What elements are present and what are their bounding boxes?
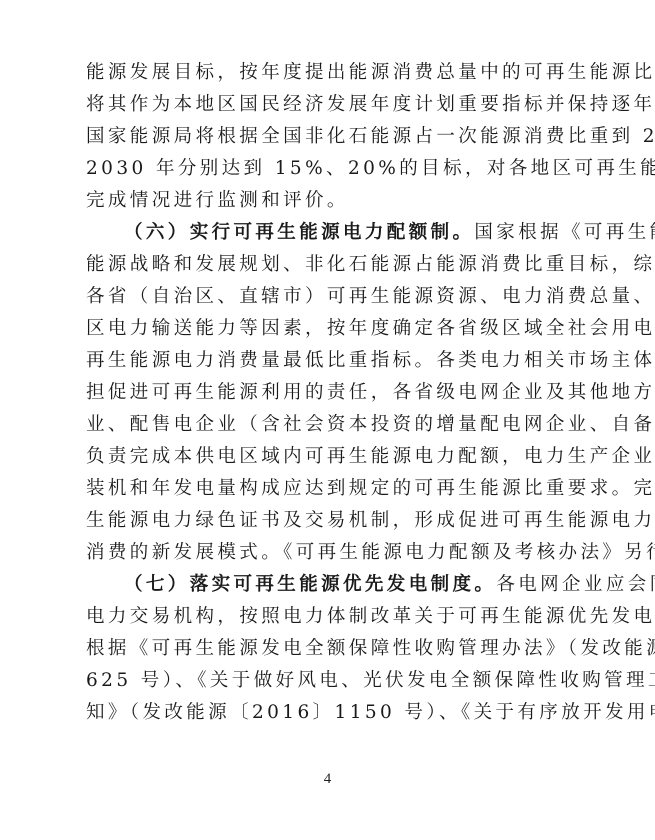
- section-6-first-line-text: 国家根据《可再生能源法》、: [474, 222, 655, 243]
- section-7-heading: （七）落实可再生能源优先发电制度。: [124, 574, 496, 595]
- paragraph-line: 业、配售电企业（含社会资本投资的增量配电网企业、自备电厂）: [86, 409, 576, 441]
- paragraph-line: 625 号）、《关于做好风电、光伏发电全额保障性收购管理工作的通: [86, 665, 576, 697]
- paragraph-line: 根据《可再生能源发电全额保障性收购管理办法》（发改能源〔2016〕: [86, 633, 576, 665]
- section-6-heading: （六）实行可再生能源电力配额制。: [124, 222, 474, 243]
- paragraph-line: 负责完成本供电区域内可再生能源电力配额，电力生产企业的发电: [86, 441, 576, 473]
- paragraph-line: 装机和年发电量构成应达到规定的可再生能源比重要求。完善可再: [86, 473, 576, 505]
- paragraph-line: 区电力输送能力等因素，按年度确定各省级区域全社会用电量中可: [86, 313, 576, 345]
- document-page: 能源发展目标，按年度提出能源消费总量中的可再生能源比重指标， 将其作为本地区国民…: [86, 57, 576, 729]
- paragraph-line: 各省（自治区、直辖市）可再生能源资源、电力消费总量、跨省跨: [86, 281, 576, 313]
- section-6-first-line: （六）实行可再生能源电力配额制。国家根据《可再生能源法》、: [86, 217, 576, 249]
- paragraph-line: 再生能源电力消费量最低比重指标。各类电力相关市场主体共同承: [86, 345, 576, 377]
- paragraph-line: 知》（发改能源〔2016〕1150 号）、《关于有序放开发用电计划的通: [86, 697, 576, 729]
- paragraph-line: 国家能源局将根据全国非化石能源占一次能源消费比重到 2020 年、: [86, 121, 576, 153]
- page-number: 4: [0, 771, 655, 788]
- paragraph-line: 能源战略和发展规划、非化石能源占能源消费比重目标，综合考虑: [86, 249, 576, 281]
- section-7-first-line-text: 各电网企业应会同有关: [496, 574, 655, 595]
- paragraph-line: 消费的新发展模式。《可再生能源电力配额及考核办法》另行发布。: [86, 537, 576, 569]
- paragraph-line: 生能源电力绿色证书及交易机制，形成促进可再生能源电力生产和: [86, 505, 576, 537]
- paragraph-line: 担促进可再生能源利用的责任，各省级电网企业及其他地方电网企: [86, 377, 576, 409]
- paragraph-line: 电力交易机构，按照电力体制改革关于可再生能源优先发电的政策，: [86, 601, 576, 633]
- paragraph-line: 能源发展目标，按年度提出能源消费总量中的可再生能源比重指标，: [86, 57, 576, 89]
- section-7-first-line: （七）落实可再生能源优先发电制度。各电网企业应会同有关: [86, 569, 576, 601]
- paragraph-line: 将其作为本地区国民经济发展年度计划重要指标并保持逐年提升。: [86, 89, 576, 121]
- paragraph-line: 完成情况进行监测和评价。: [86, 185, 576, 217]
- paragraph-line: 2030 年分别达到 15%、20%的目标，对各地区可再生能源比重指标: [86, 153, 576, 185]
